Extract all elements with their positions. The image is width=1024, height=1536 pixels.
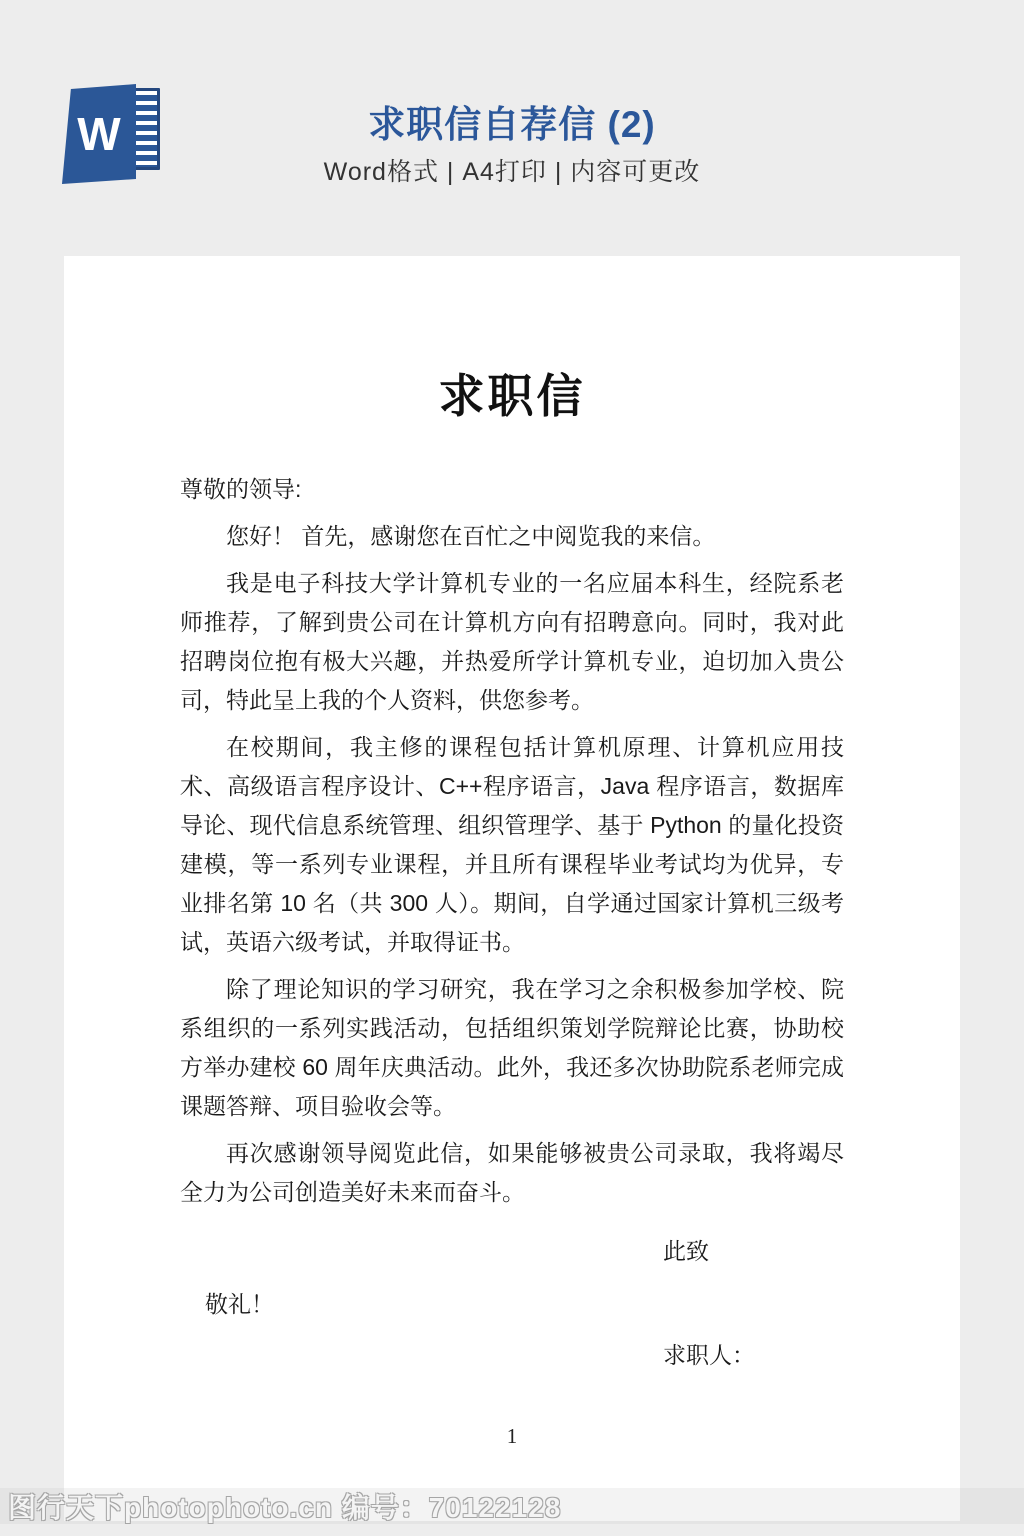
closing-applicant: 求职人： [663,1336,844,1375]
letter-paragraph: 除了理论知识的学习研究，我在学习之余积极参加学校、院系组织的一系列实践活动，包括… [180,970,844,1126]
closing-salute: 敬礼！ [205,1285,844,1324]
letter-paragraph: 再次感谢领导阅览此信，如果能够被贵公司录取，我将竭尽全力为公司创造美好未来而奋斗… [180,1134,844,1212]
page-number: 1 [64,1424,960,1449]
watermark-text: 图行天下photophoto.cn 编号：70122128 [0,1486,561,1526]
template-subtitle: Word格式 | A4打印 | 内容可更改 [0,152,1024,188]
template-title: 求职信自荐信 (2) [0,94,1024,148]
letter-paragraph: 我是电子科技大学计算机专业的一名应届本科生，经院系老师推荐，了解到贵公司在计算机… [180,564,844,720]
closing-regards: 此致 [663,1232,844,1271]
template-header: W 求职信自荐信 (2) Word格式 | A4打印 | 内容可更改 [0,0,1024,256]
letter-paragraph: 您好！ 首先，感谢您在百忙之中阅览我的来信。 [180,517,844,556]
letter-paragraph: 在校期间，我主修的课程包括计算机原理、计算机应用技术、高级语言程序设计、C++程… [180,728,844,962]
watermark-bar: 图行天下photophoto.cn 编号：70122128 [0,1488,1024,1524]
letter-body: 尊敬的领导: 您好！ 首先，感谢您在百忙之中阅览我的来信。 我是电子科技大学计算… [180,470,844,1375]
letter-salutation: 尊敬的领导: [180,470,844,509]
letter-title: 求职信 [64,256,960,424]
document-page: 求职信 尊敬的领导: 您好！ 首先，感谢您在百忙之中阅览我的来信。 我是电子科技… [64,256,960,1521]
